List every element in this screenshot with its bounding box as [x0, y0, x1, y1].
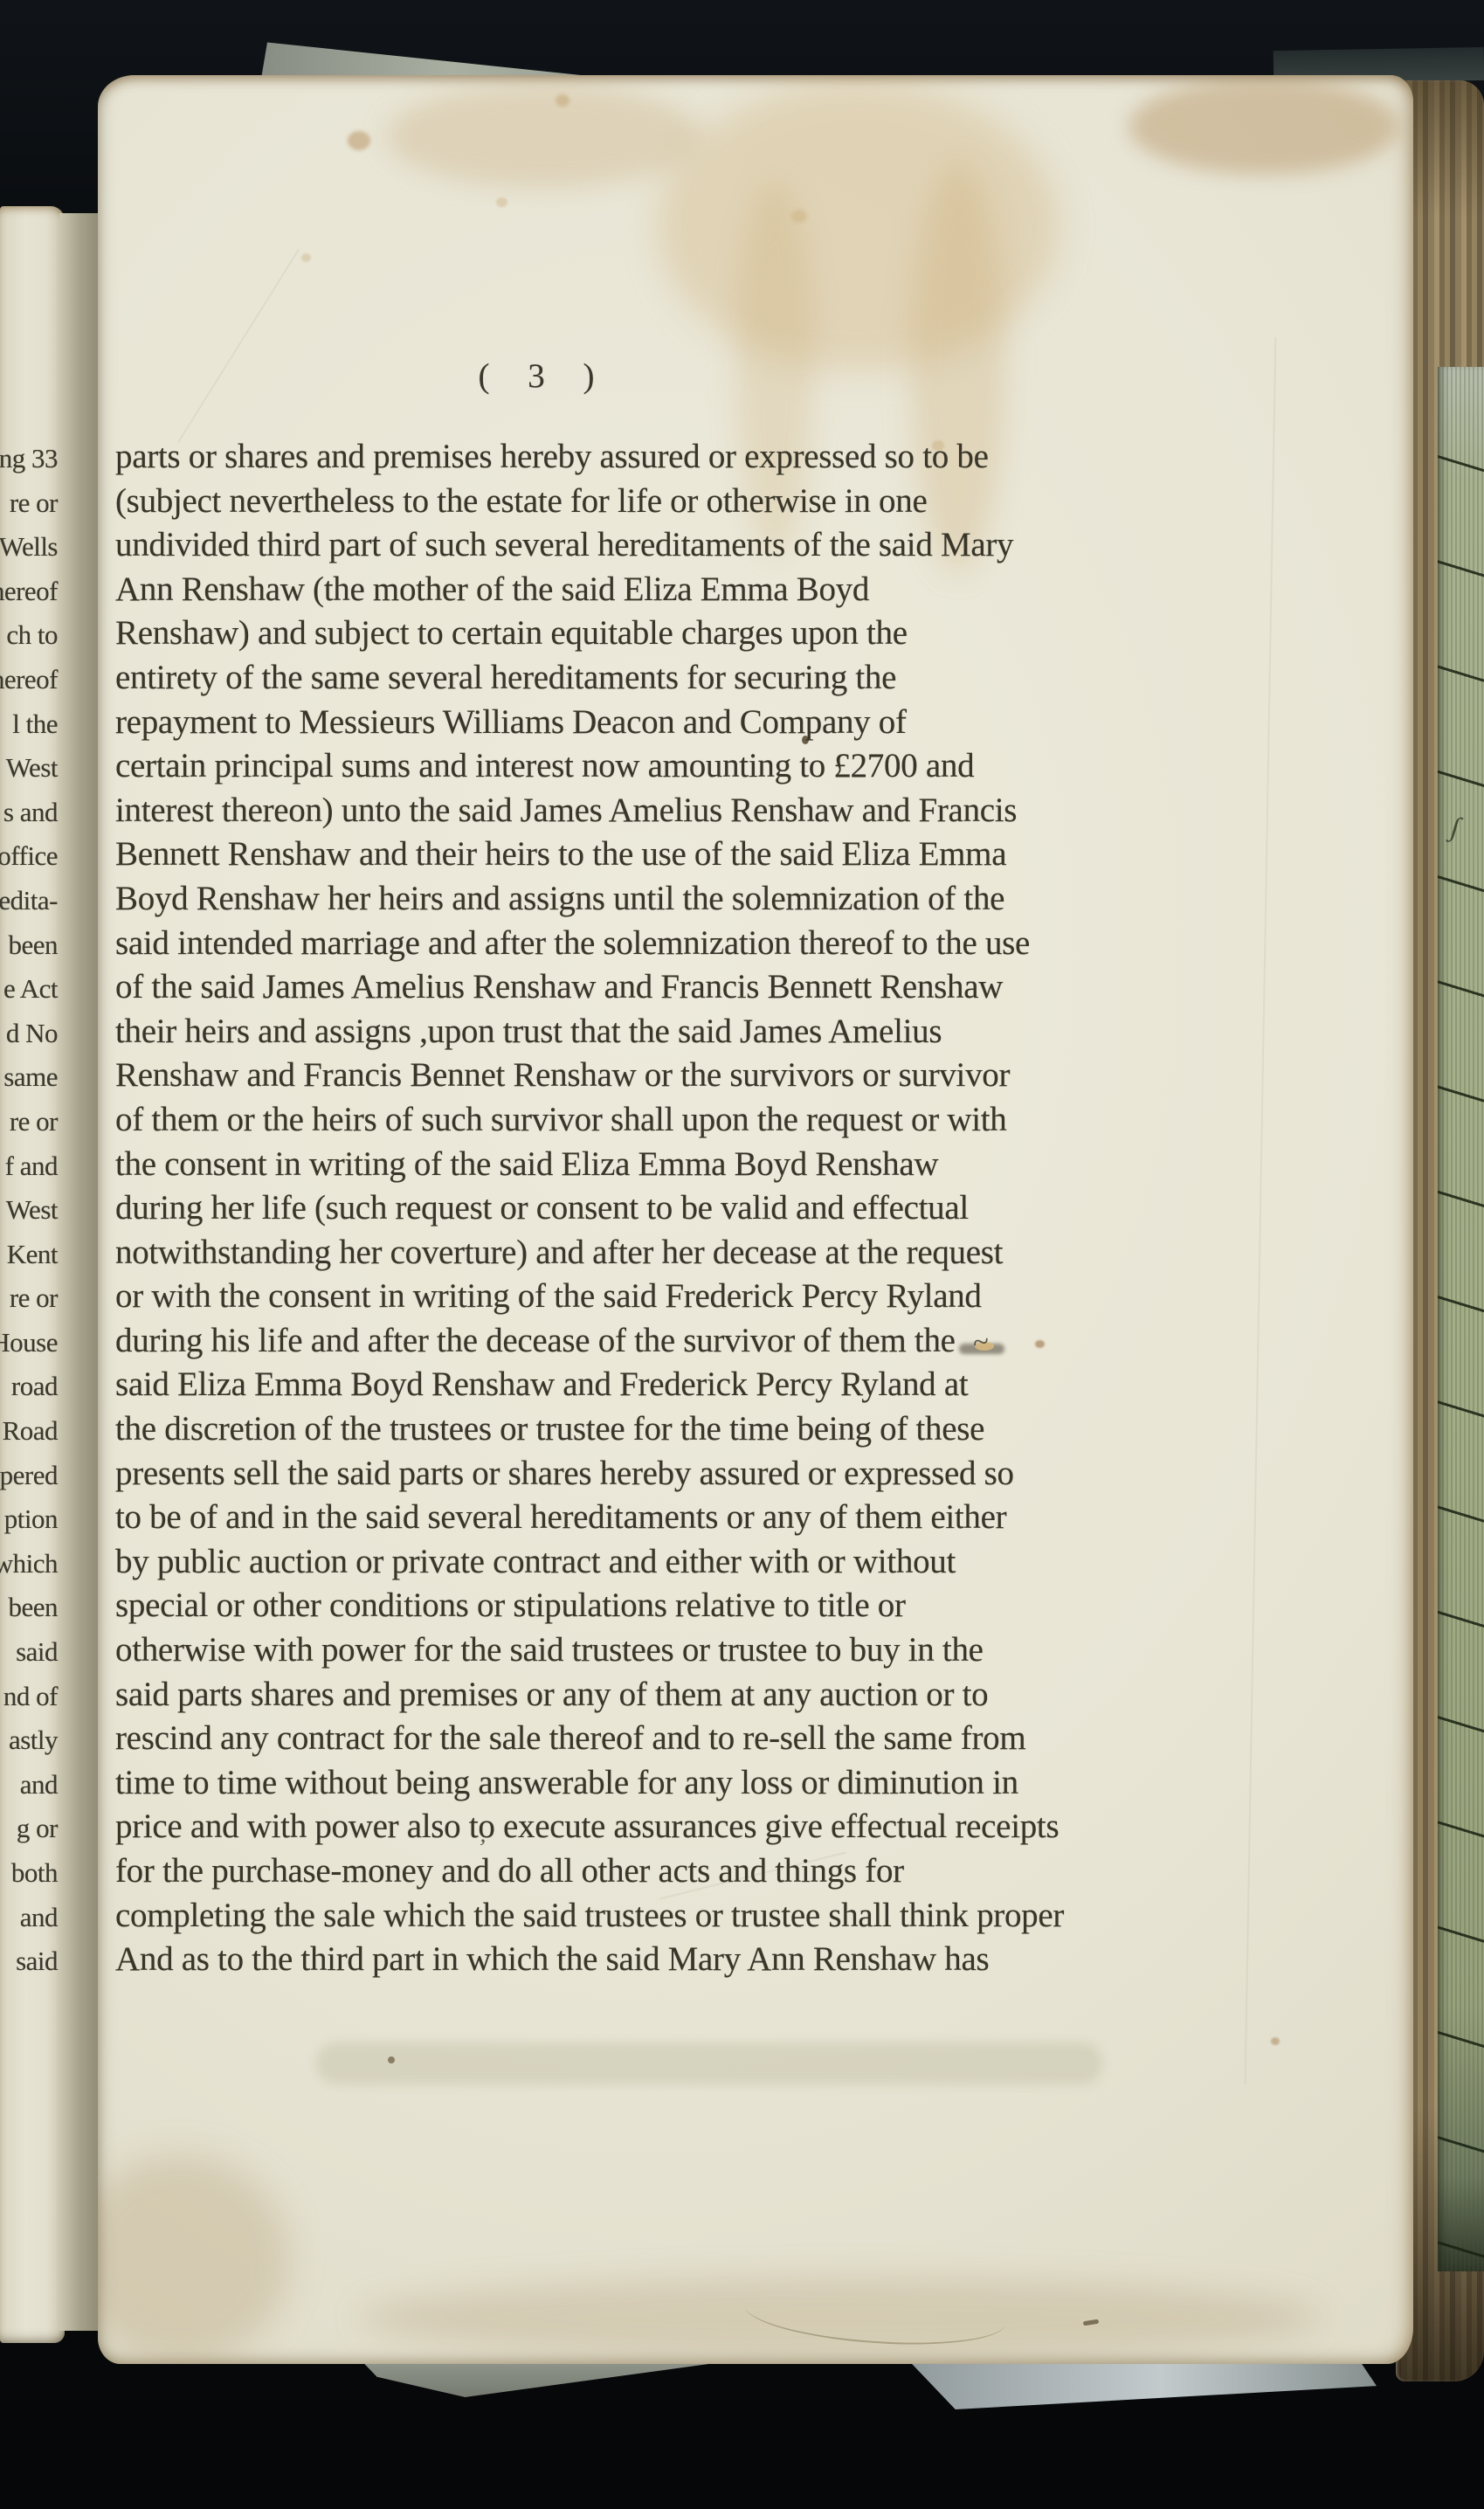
foxing-spot — [496, 197, 507, 207]
text-line: the discretion of the trustees or truste… — [115, 1407, 959, 1452]
body-text: parts or shares and premises hereby assu… — [115, 435, 959, 1982]
margin-fragment: said — [0, 1939, 59, 1984]
smudge-mark — [975, 1342, 994, 1351]
text-line: time to time without being answerable fo… — [115, 1761, 959, 1806]
ink-fleck — [1083, 2319, 1100, 2326]
margin-fragment: both — [0, 1851, 59, 1896]
text-line: And as to the third part in which the sa… — [115, 1938, 959, 1982]
margin-fragment: pered — [0, 1454, 59, 1498]
margin-fragment: Road — [0, 1409, 59, 1454]
margin-fragment: ch to — [0, 613, 59, 658]
margin-fragment: f and — [0, 1144, 59, 1189]
margin-fragment: nd of — [0, 1675, 59, 1719]
margin-fragment: astly — [0, 1718, 59, 1763]
text-line: repayment to Messieurs Williams Deacon a… — [115, 701, 959, 745]
green-board-edge — [1438, 367, 1484, 2271]
text-line: otherwise with power for the said truste… — [115, 1628, 959, 1673]
text-line: during her life (such request or consent… — [115, 1186, 959, 1231]
margin-fragment: hereof — [0, 658, 59, 702]
margin-fragment: been — [0, 923, 59, 968]
text-line: of them or the heirs of such survivor sh… — [115, 1098, 959, 1143]
text-line: Boyd Renshaw her heirs and assigns until… — [115, 877, 959, 922]
text-line: (subject nevertheless to the estate for … — [115, 480, 959, 524]
book-photo: ng 33re orWellshereofch tohereofl theWes… — [0, 0, 1484, 2509]
text-line: special or other conditions or stipulati… — [115, 1584, 959, 1628]
paper-stain — [98, 2154, 290, 2364]
margin-fragment: and — [0, 1763, 59, 1807]
margin-fragment: and — [0, 1896, 59, 1940]
page-number: ( 3 ) — [115, 356, 959, 402]
text-line: to be of and in the said several heredit… — [115, 1496, 959, 1540]
foxing-spot — [791, 210, 807, 223]
margin-fragment: road — [0, 1365, 59, 1409]
text-line: by public auction or private contract an… — [115, 1540, 959, 1585]
text-line: their heirs and assigns ,upon trust that… — [115, 1010, 959, 1054]
text-line: interest thereon) unto the said James Am… — [115, 789, 959, 833]
paper-stain — [657, 82, 1059, 370]
foxing-spot — [1271, 2037, 1280, 2045]
text-line: certain principal sums and interest now … — [115, 744, 959, 789]
text-line: said parts shares and premises or any of… — [115, 1673, 959, 1718]
paper-stain — [386, 84, 701, 189]
foxing-spot — [1035, 1340, 1045, 1348]
text-line: undivided third part of such several her… — [115, 523, 959, 568]
margin-fragment: edita- — [0, 879, 59, 923]
margin-fragment: g or — [0, 1807, 59, 1851]
margin-fragment: re or — [0, 481, 59, 526]
margin-fragment: d No — [0, 1012, 59, 1056]
margin-fragment: hereof — [0, 570, 59, 614]
text-line: notwithstanding her coverture) and after… — [115, 1231, 959, 1275]
text-line: parts or shares and premises hereby assu… — [115, 435, 959, 480]
margin-fragment: l the — [0, 702, 59, 747]
text-line: rescind any contract for the sale thereo… — [115, 1717, 959, 1761]
show-through-text-ghost — [316, 2042, 1102, 2084]
foxing-spot — [556, 94, 569, 107]
text-line: or with the consent in writing of the sa… — [115, 1275, 959, 1319]
text-line: during his life and after the decease of… — [115, 1319, 959, 1364]
text-line: entirety of the same several hereditamen… — [115, 656, 959, 701]
margin-fragment: said — [0, 1630, 59, 1675]
text-line: presents sell the said parts or shares h… — [115, 1452, 959, 1496]
margin-fragment: West — [0, 1188, 59, 1233]
text-line: of the said James Amelius Renshaw and Fr… — [115, 965, 959, 1010]
margin-fragment: office — [0, 834, 59, 879]
right-page: ( 3 ) parts or shares and premises hereb… — [98, 75, 1413, 2364]
text-line: said intended marriage and after the sol… — [115, 922, 959, 966]
paper-crease — [1245, 337, 1277, 2084]
margin-fragment: same — [0, 1055, 59, 1100]
margin-fragment: ption — [0, 1497, 59, 1542]
left-page-edge: ng 33re orWellshereofch tohereofl theWes… — [0, 206, 65, 2343]
text-line: Bennett Renshaw and their heirs to the u… — [115, 833, 959, 877]
paper-stain — [1129, 79, 1399, 175]
text-line: Renshaw and Francis Bennet Renshaw or th… — [115, 1054, 959, 1098]
paper-crease — [177, 249, 299, 443]
text-line: price and with power also to execute ass… — [115, 1805, 959, 1849]
margin-fragment: been — [0, 1586, 59, 1630]
margin-fragment: re or — [0, 1276, 59, 1321]
margin-fragment: e Act — [0, 967, 59, 1012]
margin-fragment: West — [0, 746, 59, 791]
text-line: for the purchase-money and do all other … — [115, 1849, 959, 1894]
text-line: Renshaw) and subject to certain equitabl… — [115, 612, 959, 656]
text-line: Ann Renshaw (the mother of the said Eliz… — [115, 568, 959, 612]
margin-fragment: House — [0, 1321, 59, 1365]
left-page-text-fragments: ng 33re orWellshereofch tohereofl theWes… — [0, 437, 59, 1984]
text-line: completing the sale which the said trust… — [115, 1894, 959, 1939]
margin-fragment: Kent — [0, 1233, 59, 1277]
margin-fragment: re or — [0, 1100, 59, 1144]
text-line: the consent in writing of the said Eliza… — [115, 1143, 959, 1187]
margin-fragment: Wells — [0, 525, 59, 570]
margin-fragment: ng 33 — [0, 437, 59, 481]
foxing-spot — [301, 253, 311, 262]
paper-scratch — [742, 2277, 1008, 2353]
margin-fragment: s and — [0, 791, 59, 835]
foxing-spot — [348, 131, 370, 150]
smudge-mark — [959, 1344, 1004, 1354]
text-line: said Eliza Emma Boyd Renshaw and Frederi… — [115, 1363, 959, 1407]
margin-fragment: which — [0, 1542, 59, 1586]
